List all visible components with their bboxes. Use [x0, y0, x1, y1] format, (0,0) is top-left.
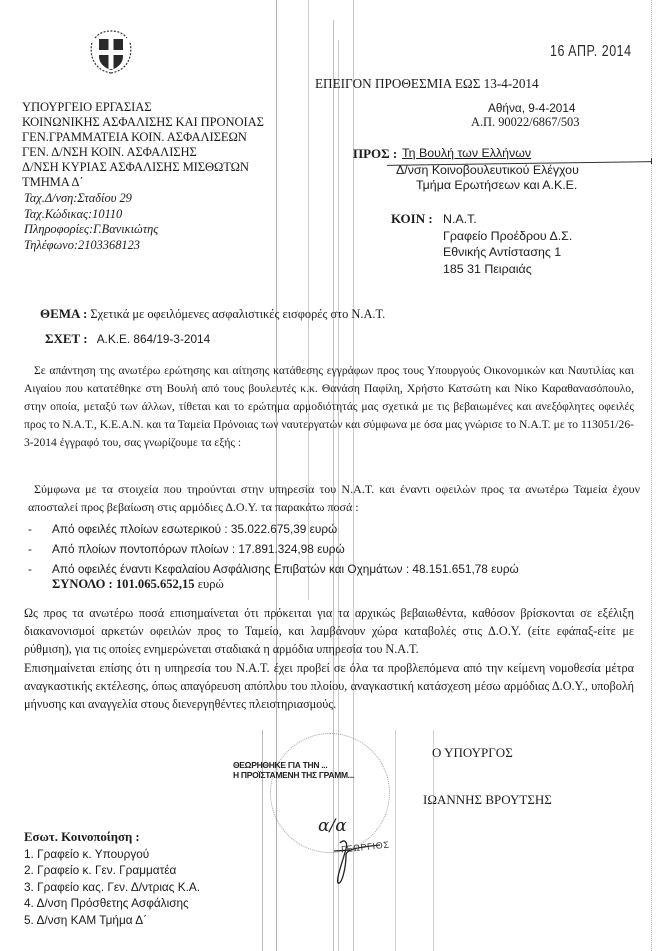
scan-line — [395, 730, 396, 951]
contact-info: Πληροφορίες:Γ.Βανικιώτης — [24, 222, 158, 238]
coat-of-arms-icon — [86, 28, 136, 76]
internal-distribution: Εσωτ. Κοινοποίηση : 1. Γραφείο κ. Υπουργ… — [24, 829, 200, 928]
paragraph-text: Σε απάντηση της ανωτέρω ερώτησης και αίτ… — [24, 362, 634, 452]
amount-text: Από πλοίων ποντοπόρων πλοίων : 17.891.32… — [52, 542, 345, 556]
distribution-item: 3. Γραφείο κας. Γεν. Δ/ντριας Κ.Α. — [24, 879, 200, 895]
to-line: Τη Βουλή των Ελλήνων — [402, 146, 531, 160]
reference-label: ΣΧΕΤ : — [45, 331, 88, 346]
sender-line: ΓΕΝ.ΓΡΑΜΜΑΤΕΙΑ ΚΟΙΝ. ΑΣΦΑΛΙΣΕΩΝ — [22, 130, 264, 145]
bullet: - — [28, 559, 52, 579]
stamp-line: Η ΠΡΟΪΣΤΑΜΕΝΗ ΤΗΣ ΓΡΑΜΜ... — [233, 770, 354, 780]
to-line: Δ/νση Κοινοβουλευτικού Ελέγχου — [396, 163, 579, 177]
total-unit: ευρώ — [195, 577, 224, 591]
body-paragraph-amounts: Σύμφωνα με τα στοιχεία που τηρούνται στη… — [28, 481, 640, 516]
subject-text: Σχετικά με οφειλόμενες ασφαλιστικές εισφ… — [90, 307, 385, 321]
initials-handwritten: α/α — [318, 816, 347, 836]
cc-block: Ν.Α.Τ. Γραφείο Προέδρου Δ.Σ. Εθνικής Αντ… — [443, 211, 572, 277]
sender-line: ΥΠΟΥΡΓΕΙΟ ΕΡΓΑΣΙΑΣ — [22, 100, 264, 115]
urgent-deadline-notice: ΕΠΕΙΓΟΝ ΠΡΟΘΕΣΜΙΑ ΕΩΣ 13-4-2014 — [315, 76, 539, 92]
total-label: ΣΥΝΟΛΟ : 101.065.652,15 — [52, 577, 195, 591]
cc-line: Γραφείο Προέδρου Δ.Σ. — [443, 228, 572, 245]
place-date: Αθήνα, 9-4-2014 — [488, 101, 576, 115]
stamp-line: ΘΕΩΡΗΘΗΚΕ ΓΙΑ ΤΗΝ ... — [233, 760, 354, 770]
total-amount: ΣΥΝΟΛΟ : 101.065.652,15 ευρώ — [52, 577, 224, 592]
amount-item: -Από πλοίων ποντοπόρων πλοίων : 17.891.3… — [28, 539, 519, 559]
amount-item: -Από οφειλές έναντι Κεφαλαίου Ασφάλισης … — [28, 559, 519, 579]
contact-phone: Τηλέφωνο:2103368123 — [24, 238, 158, 254]
sender-line: ΓΕΝ. Δ/ΝΣΗ ΚΟΙΝ. ΑΣΦΑΛΙΣΗΣ — [22, 145, 264, 160]
protocol-number: Α.Π. 90022/6867/503 — [471, 115, 579, 130]
sender-line: Δ/ΝΣΗ ΚΥΡΙΑΣ ΑΣΦΑΛΙΣΗΣ ΜΙΣΘΩΤΩΝ — [22, 160, 264, 175]
to-line: Τμήμα Ερωτήσεων και Α.Κ.Ε. — [416, 178, 577, 192]
reference-line: ΣΧΕΤ : Α.Κ.Ε. 864/19-3-2014 — [45, 331, 210, 347]
reference-text: Α.Κ.Ε. 864/19-3-2014 — [97, 332, 210, 346]
paragraph-text: Ως προς τα ανωτέρω ποσά επισημαίνεται ότ… — [24, 604, 634, 659]
distribution-item: 2. Γραφείο κ. Γεν. Γραμματέα — [24, 862, 200, 878]
distribution-item: 5. Δ/νση ΚΑΜ Τμήμα Δ΄ — [24, 912, 200, 928]
distribution-title: Εσωτ. Κοινοποίηση : — [24, 829, 200, 846]
subject-label: ΘΕΜΑ : — [40, 306, 87, 321]
distribution-item: 1. Γραφείο κ. Υπουργού — [24, 846, 200, 862]
distribution-item: 4. Δ/νση Πρόσθετης Ασφάλισης — [24, 895, 200, 911]
cc-line: 185 31 Πειραιάς — [443, 261, 572, 278]
body-paragraph-notes: Ως προς τα ανωτέρω ποσά επισημαίνεται ότ… — [24, 604, 634, 713]
cc-label: ΚΟΙΝ : — [391, 211, 433, 227]
subject-line: ΘΕΜΑ : Σχετικά με οφειλόμενες ασφαλιστικ… — [40, 306, 385, 322]
contact-address: Ταχ.Δ/νση:Σταδίου 29 — [24, 191, 158, 207]
stamp-text: ΘΕΩΡΗΘΗΚΕ ΓΙΑ ΤΗΝ ... Η ΠΡΟΪΣΤΑΜΕΝΗ ΤΗΣ … — [233, 760, 354, 780]
received-date-stamp: 16 ΑΠΡ. 2014 — [550, 42, 632, 60]
scan-edge — [651, 0, 652, 951]
sender-line: ΚΟΙΝΩΝΙΚΗΣ ΑΣΦΑΛΙΣΗΣ ΚΑΙ ΠΡΟΝΟΙΑΣ — [22, 115, 264, 130]
signature-title: Ο ΥΠΟΥΡΓΟΣ — [432, 745, 513, 761]
to-label: ΠΡΟΣ : — [353, 146, 397, 162]
paragraph-text: Σύμφωνα με τα στοιχεία που τηρούνται στη… — [28, 481, 640, 516]
amount-text: Από οφειλές έναντι Κεφαλαίου Ασφάλισης Ε… — [52, 562, 519, 576]
bullet: - — [28, 519, 52, 539]
contact-postcode: Ταχ.Κώδικας:10110 — [24, 207, 158, 223]
amounts-list: -Από οφειλές πλοίων εσωτερικού : 35.022.… — [28, 519, 519, 579]
amount-item: -Από οφειλές πλοίων εσωτερικού : 35.022.… — [28, 519, 519, 539]
sender-contact: Ταχ.Δ/νση:Σταδίου 29 Ταχ.Κώδικας:10110 Π… — [24, 191, 158, 253]
sender-line: ΤΜΗΜΑ Δ΄ — [22, 175, 264, 190]
amount-text: Από οφειλές πλοίων εσωτερικού : 35.022.6… — [52, 522, 337, 536]
strike-tick — [651, 158, 652, 164]
cc-line: Εθνικής Αντίστασης 1 — [443, 244, 572, 261]
paragraph-text: Επισημαίνεται επίσης ότι η υπηρεσία του … — [24, 659, 634, 714]
cc-line: Ν.Α.Τ. — [443, 211, 572, 228]
signatory-name: ΙΩΑΝΝΗΣ ΒΡΟΥΤΣΗΣ — [423, 792, 552, 808]
scan-line — [433, 730, 434, 951]
bullet: - — [28, 539, 52, 559]
sender-block: ΥΠΟΥΡΓΕΙΟ ΕΡΓΑΣΙΑΣ ΚΟΙΝΩΝΙΚΗΣ ΑΣΦΑΛΙΣΗΣ … — [22, 100, 264, 190]
body-paragraph-intro: Σε απάντηση της ανωτέρω ερώτησης και αίτ… — [24, 362, 634, 452]
